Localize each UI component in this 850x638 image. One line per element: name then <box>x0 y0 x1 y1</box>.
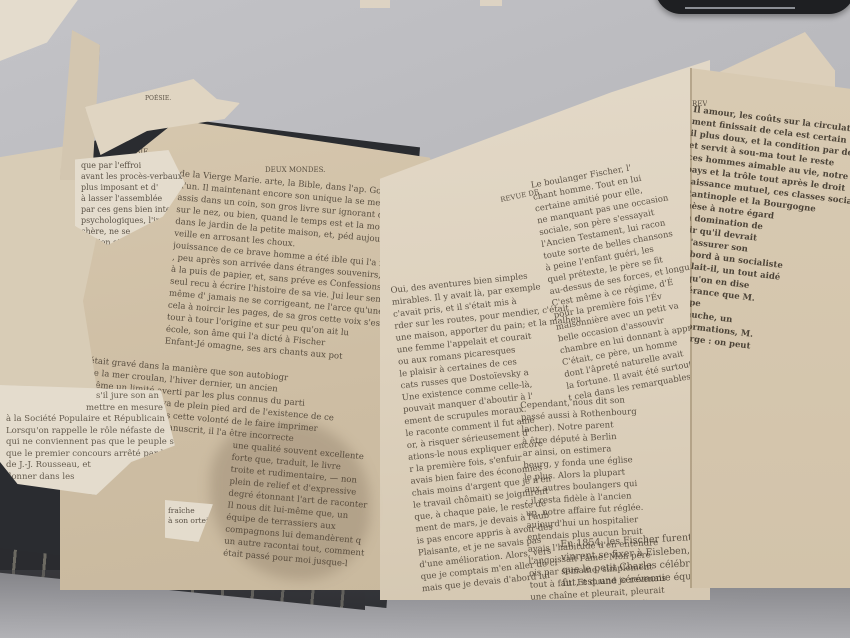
loose-paper-scrap <box>360 0 390 8</box>
dark-object-top-right <box>655 0 850 14</box>
right-page: REVUE DE Le boulanger Fischer, l'chant h… <box>380 60 710 600</box>
middle-column-text: Oui, des aventures bien simplesmirables.… <box>390 265 608 595</box>
far-right-page-text: Il amour, les coûts sur la circulationme… <box>690 104 850 364</box>
page-fold-crease <box>690 68 692 588</box>
far-right-page: REV Il amour, les coûts sur la circulati… <box>690 68 850 588</box>
loose-paper-scrap <box>480 0 502 6</box>
flap-running-head: POÉSIE. <box>145 93 171 105</box>
running-head-mid: DEUX MONDES. <box>265 164 325 176</box>
photo-scene: POÉSIE. DEUX MONDES. de la Vierge Marie.… <box>0 0 850 638</box>
